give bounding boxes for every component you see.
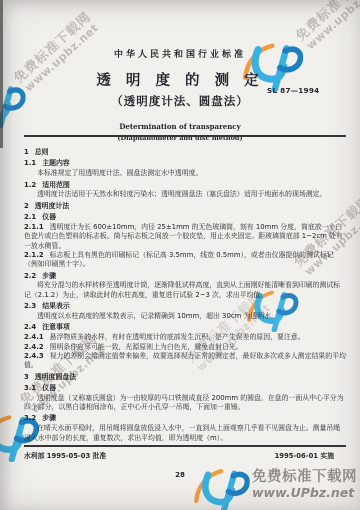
paragraph: 透明度盘（又称塞氏圆盘）为一由较厚的马口铁制成直径 200mm 的圆盘，在盘的一… — [24, 394, 346, 413]
section-heading: 1.1主题内容 — [24, 159, 346, 168]
document-body: 1总则 1.1主题内容 本标准规定了用透明度计法、圆盘法测定水中透明度。 1.2… — [24, 146, 346, 442]
document-subtitle-cn: （透明度计法、圆盘法） — [0, 93, 360, 109]
watermark-brand: 免费标准下载网 www.UPbz.net — [252, 469, 357, 500]
numbered-paragraph: 2.1.2标志板上具有黑色的印刷标记（标记高 3.5mm，线宽 0.5mm），或… — [24, 251, 346, 270]
implementation-note: 1995-06-01 实施 — [275, 450, 334, 460]
section-heading: 2.3结果表示 — [24, 302, 346, 311]
numbered-paragraph: 2.4.1悬浮物质多的水样，有时在透明度计的底部发生沉积，是产生误差的原因，要注… — [24, 333, 346, 342]
section-heading: 3.1仪器 — [24, 384, 346, 393]
numbered-paragraph: 2.4.2照明条件应尽可能一致，光源原则上为白色光，避免直射日光。 — [24, 343, 346, 352]
scan-edge-shadow — [0, 0, 3, 148]
numbered-paragraph: 2.1.1透明度计为长 600±10mm，内径 25±1mm 的无色玻璃筒，刻有… — [24, 223, 346, 251]
paragraph: 将充分混匀的水样转移至透明度计筒，逐渐降低试样高度，直到从上面刚好能清晰看到印刷… — [24, 281, 346, 300]
brand-site-name: 免费标准下载网 — [252, 469, 357, 486]
section-heading: 2透明度计法 — [24, 202, 346, 211]
paragraph: 透明度计法适用于天然水和轻度污染水；透明度圆盘法（塞氏盘法）适用于地面水的现场测… — [24, 190, 346, 199]
document-header: 中华人民共和国行业标准 透 明 度 的 测 定 （透明度计法、圆盘法） Dete… — [0, 0, 360, 142]
section-heading: 1.2适用范围 — [24, 181, 346, 190]
section-heading: 2.4注意事项 — [24, 323, 346, 332]
document-title-en: Determination of transparency — [0, 122, 360, 131]
standard-number: SL 87—1994 — [267, 86, 319, 95]
paragraph: 透明度以水柱高度的厘米数表示，记录精确到 10mm，超出 30cm 为透明水。 — [24, 312, 346, 321]
section-heading: 3.2步骤 — [24, 414, 346, 423]
section-heading: 2.1仪器 — [24, 213, 346, 222]
section-heading: 2.2步骤 — [24, 272, 346, 281]
scanned-standard-page: { "colors": { "text": "#26262c", "paper"… — [0, 0, 360, 510]
section-heading: 3透明度圆盘法 — [24, 373, 346, 382]
paragraph: 在晴天水面平稳时，用吊绳将圆盘放低浸入水中，一直到从上面观察几乎看不见圆盘为止。… — [24, 424, 346, 442]
brand-site-url: www.UPbz.net — [252, 486, 357, 500]
standard-org-line: 中华人民共和国行业标准 — [0, 47, 360, 60]
footer-rule — [24, 445, 346, 447]
paragraph: 本标准规定了用透明度计法、圆盘法测定水中透明度。 — [24, 169, 346, 178]
numbered-paragraph: 2.4.3视力的差别会给测定值带来偏差，故要选择视力正常的测定者，最好取多次或多… — [24, 352, 346, 371]
section-heading: 1总则 — [24, 148, 346, 157]
approval-note: 水利部 1995-05-03 批准 — [24, 450, 106, 460]
header-rule — [24, 135, 346, 137]
